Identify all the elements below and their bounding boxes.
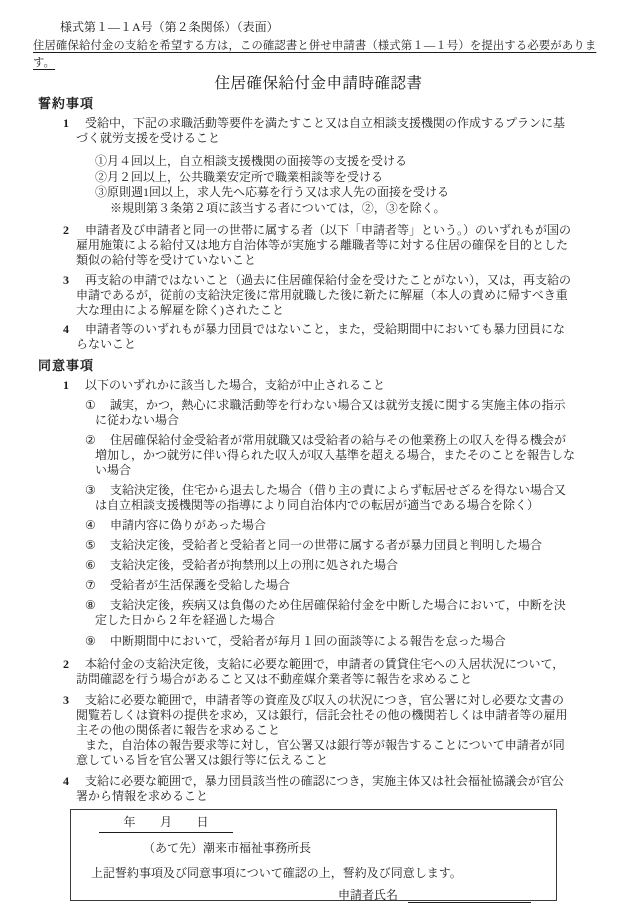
pledge-subitem-1: ①月４回以上，自立相談支援機関の面接等の支援を受ける (33, 154, 604, 170)
subitem-number: ⑨ (85, 634, 96, 649)
consent-subitem-4: ④ 申請内容に偽りがあった場合 (33, 518, 604, 533)
item-number: 1 (63, 378, 69, 393)
consent-subitem-7: ⑦ 受給者が生活保護を受給した場合 (33, 578, 604, 593)
consent-subitem-2: ② 住居確保給付金受給者が常用就職又は受給者の給与その他業務上の収入を得る機会が… (33, 433, 604, 478)
pledge-item-2: 2 申請者及び申請者と同一の世帯に属する者（以下「申請者等」という。）のいずれも… (33, 223, 604, 268)
pledge-item-4: 4 申請者等のいずれもが暴力団員ではないこと，また，受給期間中においても暴力団員… (33, 322, 604, 352)
pledge-note: ※規則第３条第２項に該当する者については，②，③を除く。 (33, 201, 604, 217)
notice-line: 住居確保給付金の支給を希望する方は，この確認書と併せ申請書（様式第１―１号）を提… (33, 38, 604, 72)
consent-subitem-8: ⑧ 支給決定後，疾病又は負傷のため住居確保給付金を中断した場合において，中断を決… (33, 598, 604, 628)
pledge-item-3: 3 再支給の申請ではないこと（過去に住居確保給付金を受けたことがない），又は，再… (33, 273, 604, 318)
subitem-text: 住居確保給付金受給者が常用就職又は受給者の給与その他業務上の収入を得る機会が増加… (95, 433, 576, 478)
item-number: 4 (63, 774, 69, 789)
date-year-label: 年 (123, 815, 135, 830)
item-number: 1 (63, 116, 69, 131)
pledge-subitem-list: ①月４回以上，自立相談支援機関の面接等の支援を受ける ②月２回以上，公共職業安定… (33, 154, 604, 217)
item-text: 再支給の申請ではないこと（過去に住居確保給付金を受けたことがない），又は，再支給… (76, 273, 574, 318)
subitem-text: 支給決定後，疾病又は負傷のため住居確保給付金を中断した場合において，中断を決定し… (95, 598, 576, 628)
pledge-subitem-2: ②月２回以上，公共職業安定所で職業相談等を受ける (33, 170, 604, 186)
date-row: 年 月 日 (99, 815, 556, 833)
item-text: 申請者等のいずれもが暴力団員ではないこと，また，受給期間中においても暴力団員にな… (76, 322, 574, 352)
date-field[interactable]: 年 月 日 (99, 815, 233, 833)
item-text: 本給付金の支給決定後，支給に必要な範囲で，申請者の賃貸住宅への入居状況について，… (76, 657, 574, 687)
confirmation-statement: 上記誓約事項及び同意事項について確認の上，誓約及び同意します。 (91, 866, 556, 881)
pledge-subitem-3: ③原則週1回以上，求人先へ応募を行う又は求人先の面接を受ける (33, 185, 604, 201)
applicant-name-label: 申請者氏名 (338, 888, 398, 903)
subitem-number: ② (85, 433, 96, 448)
consent-subitem-9: ⑨ 中断期間中において，受給者が毎月１回の面談等による報告を怠った場合 (33, 634, 604, 649)
item-text: 申請者及び申請者と同一の世帯に属する者（以下「申請者等」という。）のいずれもが国… (76, 223, 574, 268)
item-text: 支給に必要な範囲で，申請者等の資産及び収入の状況につき，官公署に対し必要な文書の… (76, 693, 574, 738)
item-number: 4 (63, 322, 69, 337)
consent-heading: 同意事項 (38, 358, 604, 374)
addressee: （あて先）潮来市福祉事務所長 (143, 841, 556, 856)
subitem-text: 申請内容に偽りがあった場合 (95, 518, 576, 533)
consent-subitem-1: ① 誠実，かつ，熱心に求職活動等を行わない場合又は就労支援に関する実施主体の指示… (33, 398, 604, 428)
pledge-heading: 誓約事項 (38, 96, 604, 112)
form-number: 様式第１―１A号（第２条関係）（表面） (60, 20, 604, 35)
consent-item-4: 4 支給に必要な範囲で，暴力団員該当性の確認につき，実施主体又は社会福祉協議会が… (33, 774, 604, 804)
subitem-text: 支給決定後，受給者が拘禁刑以上の刑に処された場合 (95, 558, 576, 573)
document-page: 様式第１―１A号（第２条関係）（表面） 住居確保給付金の支給を希望する方は，この… (0, 0, 630, 903)
subitem-text: 支給決定後，受給者と受給者と同一の世帯に属する者が暴力団員と判明した場合 (95, 538, 576, 553)
applicant-row: 申請者氏名 (338, 888, 556, 903)
item-number: 3 (63, 273, 69, 288)
consent-subitem-3: ③ 支給決定後，住宅から退去した場合（借り主の責によらず転居せざるを得ない場合又… (33, 483, 604, 513)
subitem-text: 受給者が生活保護を受給した場合 (95, 578, 576, 593)
date-month-label: 月 (160, 815, 172, 830)
consent-subitem-6: ⑥ 支給決定後，受給者が拘禁刑以上の刑に処された場合 (33, 558, 604, 573)
subitem-text: 支給決定後，住宅から退去した場合（借り主の責によらず転居せざるを得ない場合又は自… (95, 483, 576, 513)
subitem-text: 中断期間中において，受給者が毎月１回の面談等による報告を怠った場合 (95, 634, 576, 649)
item-text: 支給に必要な範囲で，暴力団員該当性の確認につき，実施主体又は社会福祉協議会が官公… (76, 774, 574, 804)
subitem-number: ③ (85, 483, 96, 498)
pledge-item-1: 1 受給中，下記の求職活動等要件を満たすこと又は自立相談支援機関の作成するプラン… (33, 116, 604, 146)
consent-subitem-5: ⑤ 支給決定後，受給者と受給者と同一の世帯に属する者が暴力団員と判明した場合 (33, 538, 604, 553)
date-day-label: 日 (196, 815, 208, 830)
document-title: 住居確保給付金申請時確認書 (33, 74, 604, 94)
subitem-number: ④ (85, 518, 96, 533)
item-text-continued: また，自治体の報告要求等に対し，官公署又は銀行等が報告することについて申請者が同… (76, 738, 574, 768)
item-number: 2 (63, 657, 69, 672)
item-number: 3 (63, 693, 69, 708)
item-text: 以下のいずれかに該当した場合，支給が中止されること (76, 378, 574, 393)
signature-box: 年 月 日 （あて先）潮来市福祉事務所長 上記誓約事項及び同意事項について確認の… (70, 809, 557, 901)
consent-item-1: 1 以下のいずれかに該当した場合，支給が中止されること (33, 378, 604, 393)
item-number: 2 (63, 223, 69, 238)
subitem-number: ⑥ (85, 558, 96, 573)
subitem-text: 誠実，かつ，熱心に求職活動等を行わない場合又は就労支援に関する実施主体の指示に従… (95, 398, 576, 428)
applicant-name-field[interactable] (408, 889, 531, 903)
subitem-number: ⑧ (85, 598, 96, 613)
consent-item-2: 2 本給付金の支給決定後，支給に必要な範囲で，申請者の賃貸住宅への入居状況につい… (33, 657, 604, 687)
item-text: 受給中，下記の求職活動等要件を満たすこと又は自立相談支援機関の作成するプランに基… (76, 116, 574, 146)
consent-item-3: 3 支給に必要な範囲で，申請者等の資産及び収入の状況につき，官公署に対し必要な文… (33, 693, 604, 768)
subitem-number: ① (85, 398, 96, 413)
subitem-number: ⑤ (85, 538, 96, 553)
subitem-number: ⑦ (85, 578, 96, 593)
